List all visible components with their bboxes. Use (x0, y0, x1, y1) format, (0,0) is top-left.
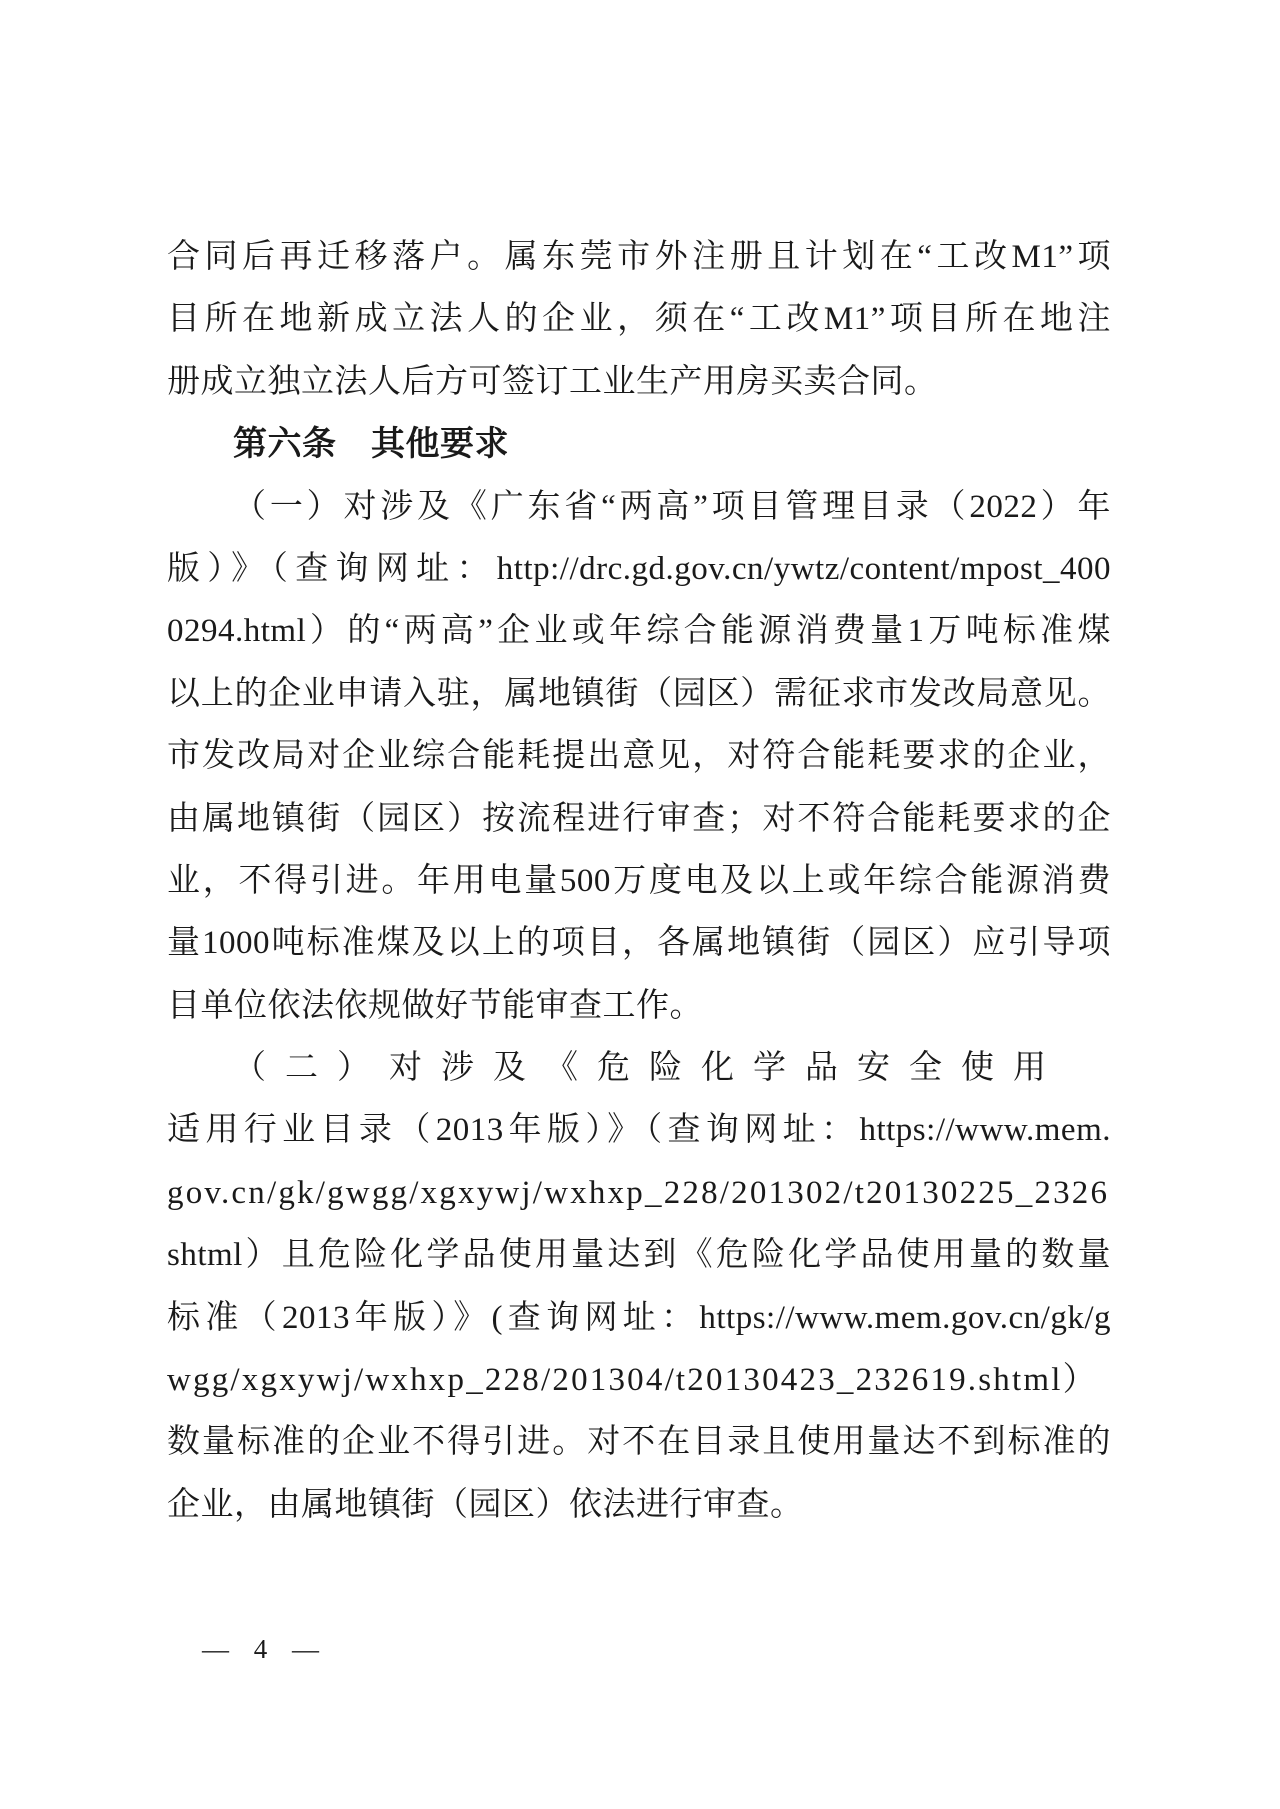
text-line: 适用行业目录（2013年版）》（查询网址：https://www.mem. (167, 1099, 1111, 1161)
document-page: 合同后再迁移落户。属东莞市外注册且计划在“工改M1”项 目所在地新成立法人的企业… (0, 0, 1280, 1809)
text-line: 由属地镇街（园区）按流程进行审查；对不符合能耗要求的企 (167, 788, 1111, 850)
text-line: 市发改局对企业综合能耗提出意见，对符合能耗要求的企业， (167, 725, 1111, 787)
text-line: 业，不得引进。年用电量500万度电及以上或年综合能源消费 (167, 850, 1111, 912)
text-line: 目所在地新成立法人的企业，须在“工改M1”项目所在地注 (167, 288, 1111, 350)
text-line: 目单位依法依规做好节能审查工作。 (167, 975, 1111, 1037)
text-line-url: wgg/xgxywj/wxhxp_228/201304/t20130423_23… (167, 1349, 1111, 1411)
body-text: 合同后再迁移落户。属东莞市外注册且计划在“工改M1”项 目所在地新成立法人的企业… (167, 226, 1111, 1536)
text-line: （二）对涉及《危险化学品安全使用许可 (167, 1037, 1111, 1099)
text-line: 册成立独立法人后方可签订工业生产用房买卖合同。 (167, 351, 1111, 413)
section-heading: 第六条 其他要求 (167, 413, 1111, 475)
text-line: 企业，由属地镇街（园区）依法进行审查。 (167, 1474, 1111, 1536)
text-line: 标准（2013年版）》(查询网址：https://www.mem.gov.cn/… (167, 1287, 1111, 1349)
text-line: 0294.html）的“两高”企业或年综合能源消费量1万吨标准煤 (167, 600, 1111, 662)
text-line: 版）》（查询网址：http://drc.gd.gov.cn/ywtz/conte… (167, 538, 1111, 600)
text-line: 数量标准的企业不得引进。对不在目录且使用量达不到标准的 (167, 1411, 1111, 1473)
text-line: 以上的企业申请入驻，属地镇街（园区）需征求市发改局意见。 (167, 663, 1111, 725)
page-number: — 4 — (202, 1634, 328, 1665)
text-line: shtml）且危险化学品使用量达到《危险化学品使用量的数量 (167, 1224, 1111, 1286)
text-line: 合同后再迁移落户。属东莞市外注册且计划在“工改M1”项 (167, 226, 1111, 288)
text-line: 量1000吨标准煤及以上的项目，各属地镇街（园区）应引导项 (167, 912, 1111, 974)
text-line-url: gov.cn/gk/gwgg/xgxywj/wxhxp_228/201302/t… (167, 1162, 1111, 1224)
text-line: （一）对涉及《广东省“两高”项目管理目录（2022）年 (167, 476, 1111, 538)
